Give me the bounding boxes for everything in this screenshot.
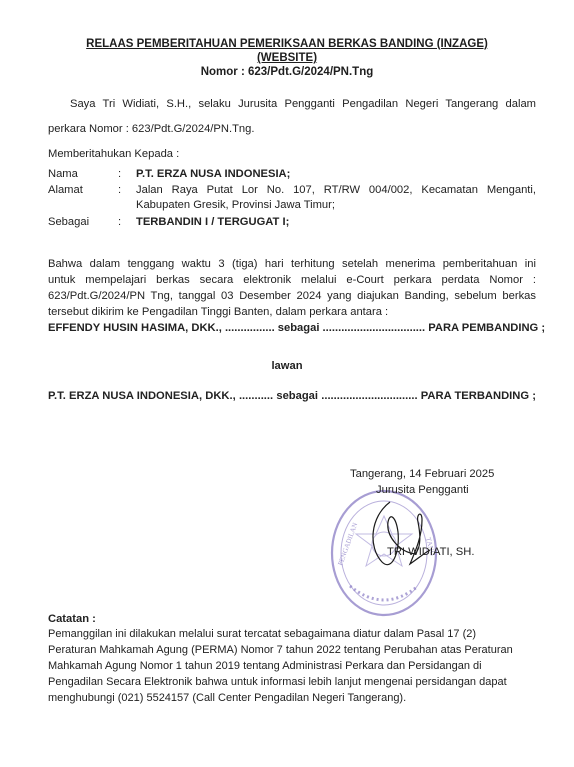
notes-line-3: Mahkamah Agung Nomor 1 tahun 2019 tentan… <box>48 659 536 675</box>
notify-to-label: Memberitahukan Kepada : <box>48 147 536 162</box>
role-label: Sebagai <box>48 216 89 228</box>
recipient-address-line-2: Kabupaten Gresik, Provinsi Jawa Timur; <box>136 199 536 211</box>
address-label: Alamat <box>48 184 83 196</box>
body-line-4: tersebut dikirim ke Pengadilan Tinggi Ba… <box>48 305 536 320</box>
appellant-party: EFFENDY HUSIN HASIMA, DKK., ............… <box>48 321 536 336</box>
intro-line-1: Saya Tri Widiati, S.H., selaku Jurusita … <box>70 97 536 112</box>
signature-icon <box>360 492 440 582</box>
recipient-address-line-1: Jalan Raya Putat Lor No. 107, RT/RW 004/… <box>136 184 536 196</box>
body-line-2: untuk mempelajari berkas secara elektron… <box>48 273 536 288</box>
notes-line-2: Peraturan Mahkamah Agung (PERMA) Nomor 7… <box>48 643 536 659</box>
signature-place-date: Tangerang, 14 Februari 2025 <box>350 468 550 480</box>
body-line-3: 623/Pdt.G/2024/PN Tng, tanggal 03 Desemb… <box>48 289 536 304</box>
name-label: Nama <box>48 168 78 180</box>
recipient-role: TERBANDIN I / TERGUGAT I; <box>136 216 536 228</box>
notes-line-4: Pengadilan Secara Elektronik bahwa untuk… <box>48 675 536 691</box>
notes-heading: Catatan : <box>48 612 536 627</box>
svg-text:PENGADILAN: PENGADILAN <box>336 522 359 567</box>
name-colon: : <box>118 168 121 180</box>
address-colon: : <box>118 184 121 196</box>
role-colon: : <box>118 216 121 228</box>
notes-line-5: menghubungi (021) 5524157 (Call Center P… <box>48 691 536 707</box>
signature-position: Jurusita Pengganti <box>376 484 536 496</box>
versus-label: lawan <box>0 360 574 372</box>
signature-name: TRI WIDIATI, SH. <box>387 546 547 558</box>
document-subtitle: (WEBSITE) <box>0 51 574 65</box>
document-number: Nomor : 623/Pdt.G/2024/PN.Tng <box>0 65 574 79</box>
notes-line-1: Pemanggilan ini dilakukan melalui surat … <box>48 627 536 643</box>
respondent-party: P.T. ERZA NUSA INDONESIA, DKK., ........… <box>48 389 536 404</box>
document-title: RELAAS PEMBERITAHUAN PEMERIKSAAN BERKAS … <box>0 37 574 51</box>
recipient-block: Nama : P.T. ERZA NUSA INDONESIA; Alamat … <box>0 168 574 238</box>
intro-line-2: perkara Nomor : 623/Pdt.G/2024/PN.Tng. <box>48 122 536 137</box>
body-line-1: Bahwa dalam tenggang waktu 3 (tiga) hari… <box>48 257 536 272</box>
recipient-name: P.T. ERZA NUSA INDONESIA; <box>136 168 536 180</box>
